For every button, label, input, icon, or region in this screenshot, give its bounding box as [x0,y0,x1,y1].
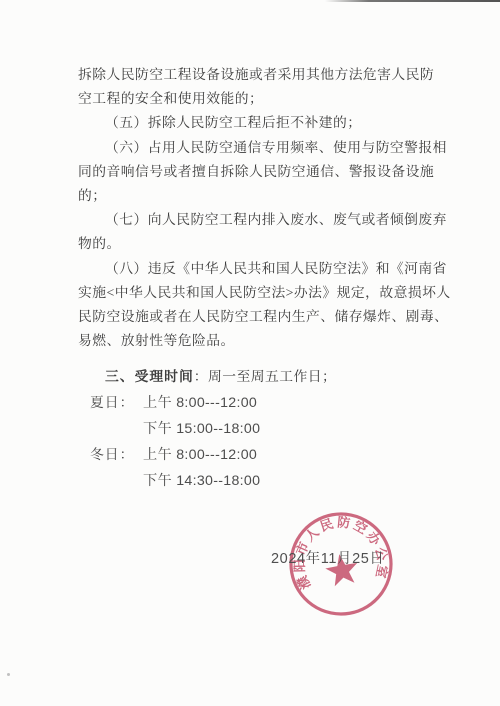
schedule-summer-label: 夏日： [90,390,143,415]
body-text-line: 易燃、放射性等危险品。 [78,329,430,353]
office-hours-schedule: 夏日：上午 8:00---12:00 下午 15:00--18:00 冬日：上午… [78,390,430,494]
date-stamp: 2024年11月25日 [271,547,385,568]
body-text-line: 民防空设施或者在人民防空工程内生产、储存爆炸、剧毒、 [78,305,430,329]
body-text-line: 物的。 [78,232,430,256]
schedule-winter-afternoon: 下午 14:30--18:00 [90,468,430,494]
schedule-summer-afternoon-time: 下午 15:00--18:00 [143,421,260,437]
scan-speck [7,673,10,676]
body-text-line: 空工程的安全和使用效能的； [78,87,430,111]
schedule-winter-morning-time: 上午 8:00---12:00 [143,447,257,463]
scanned-document-page: 拆除人民防空工程设备设施或者采用其他方法危害人民防 空工程的安全和使用效能的； … [0,0,500,706]
scan-artifact-line [325,0,500,2]
schedule-winter-afternoon-time: 下午 14:30--18:00 [143,473,260,489]
document-body: 拆除人民防空工程设备设施或者采用其他方法危害人民防 空工程的安全和使用效能的； … [78,63,430,494]
section-heading-bold: 三、受理时间 [105,369,194,384]
body-text-line: （六）占用人民防空通信专用频率、使用与防空警报相 [78,136,430,160]
body-text-line: 同的音响信号或者擅自拆除人民防空通信、警报设备设施 [78,160,430,184]
body-text-line: （七）向人民防空工程内排入废水、废气或者倾倒废弃 [78,208,430,232]
schedule-summer-afternoon: 下午 15:00--18:00 [90,416,430,442]
body-text-line: 的； [78,184,430,208]
body-text-line: （八）违反《中华人民共和国人民防空法》和《河南省 [78,257,430,281]
schedule-summer-morning: 夏日：上午 8:00---12:00 [90,390,430,416]
body-text-line: （五）拆除人民防空工程后拒不补建的； [78,111,430,135]
schedule-summer-morning-time: 上午 8:00---12:00 [143,395,257,411]
section-heading-rest: ：周一至周五工作日； [194,369,336,384]
body-text-line: 实施<中华人民共和国人民防空法>办法》规定，故意损坏人 [78,281,430,305]
schedule-winter-label: 冬日： [90,442,143,467]
body-text-line: 拆除人民防空工程设备设施或者采用其他方法危害人民防 [78,63,430,87]
section-heading-acceptance-time: 三、受理时间：周一至周五工作日； [78,365,430,389]
schedule-winter-morning: 冬日：上午 8:00---12:00 [90,442,430,468]
